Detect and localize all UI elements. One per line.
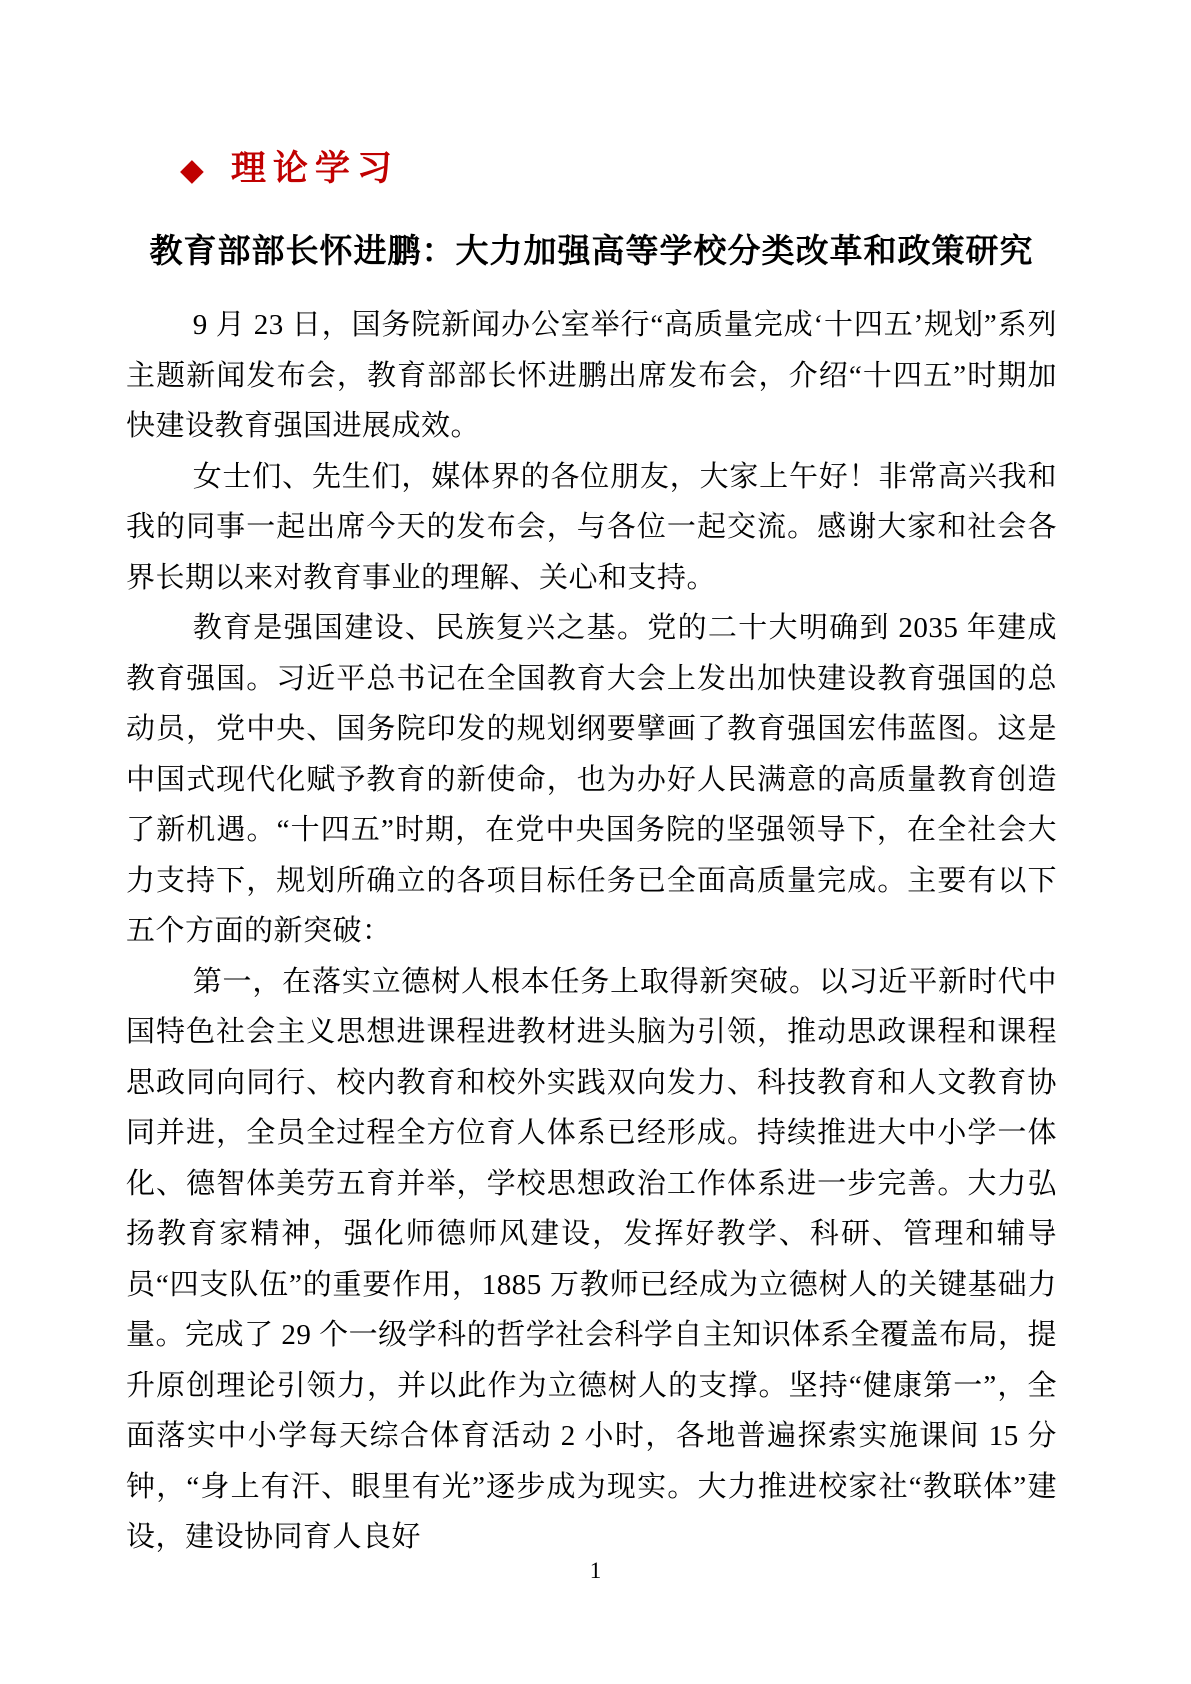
body-paragraph: 9 月 23 日，国务院新闻办公室举行“高质量完成‘十四五’规划”系列主题新闻发… — [126, 300, 1057, 452]
section-title: 理论学习 — [231, 150, 399, 189]
page-number: 1 — [0, 1556, 1191, 1586]
document-body: 9 月 23 日，国务院新闻办公室举行“高质量完成‘十四五’规划”系列主题新闻发… — [126, 300, 1057, 1563]
diamond-icon: ◆ — [180, 154, 204, 185]
document-title: 教育部部长怀进鹏：大力加强高等学校分类改革和政策研究 — [126, 229, 1057, 275]
body-paragraph: 女士们、先生们，媒体界的各位朋友，大家上午好！非常高兴我和我的同事一起出席今天的… — [126, 452, 1057, 604]
body-paragraph: 教育是强国建设、民族复兴之基。党的二十大明确到 2035 年建成教育强国。习近平… — [126, 603, 1057, 957]
document-page: ◆ 理论学习 教育部部长怀进鹏：大力加强高等学校分类改革和政策研究 9 月 23… — [0, 0, 1191, 1684]
section-header: ◆ 理论学习 — [180, 146, 1057, 192]
body-paragraph: 第一，在落实立德树人根本任务上取得新突破。以习近平新时代中国特色社会主义思想进课… — [126, 957, 1057, 1563]
